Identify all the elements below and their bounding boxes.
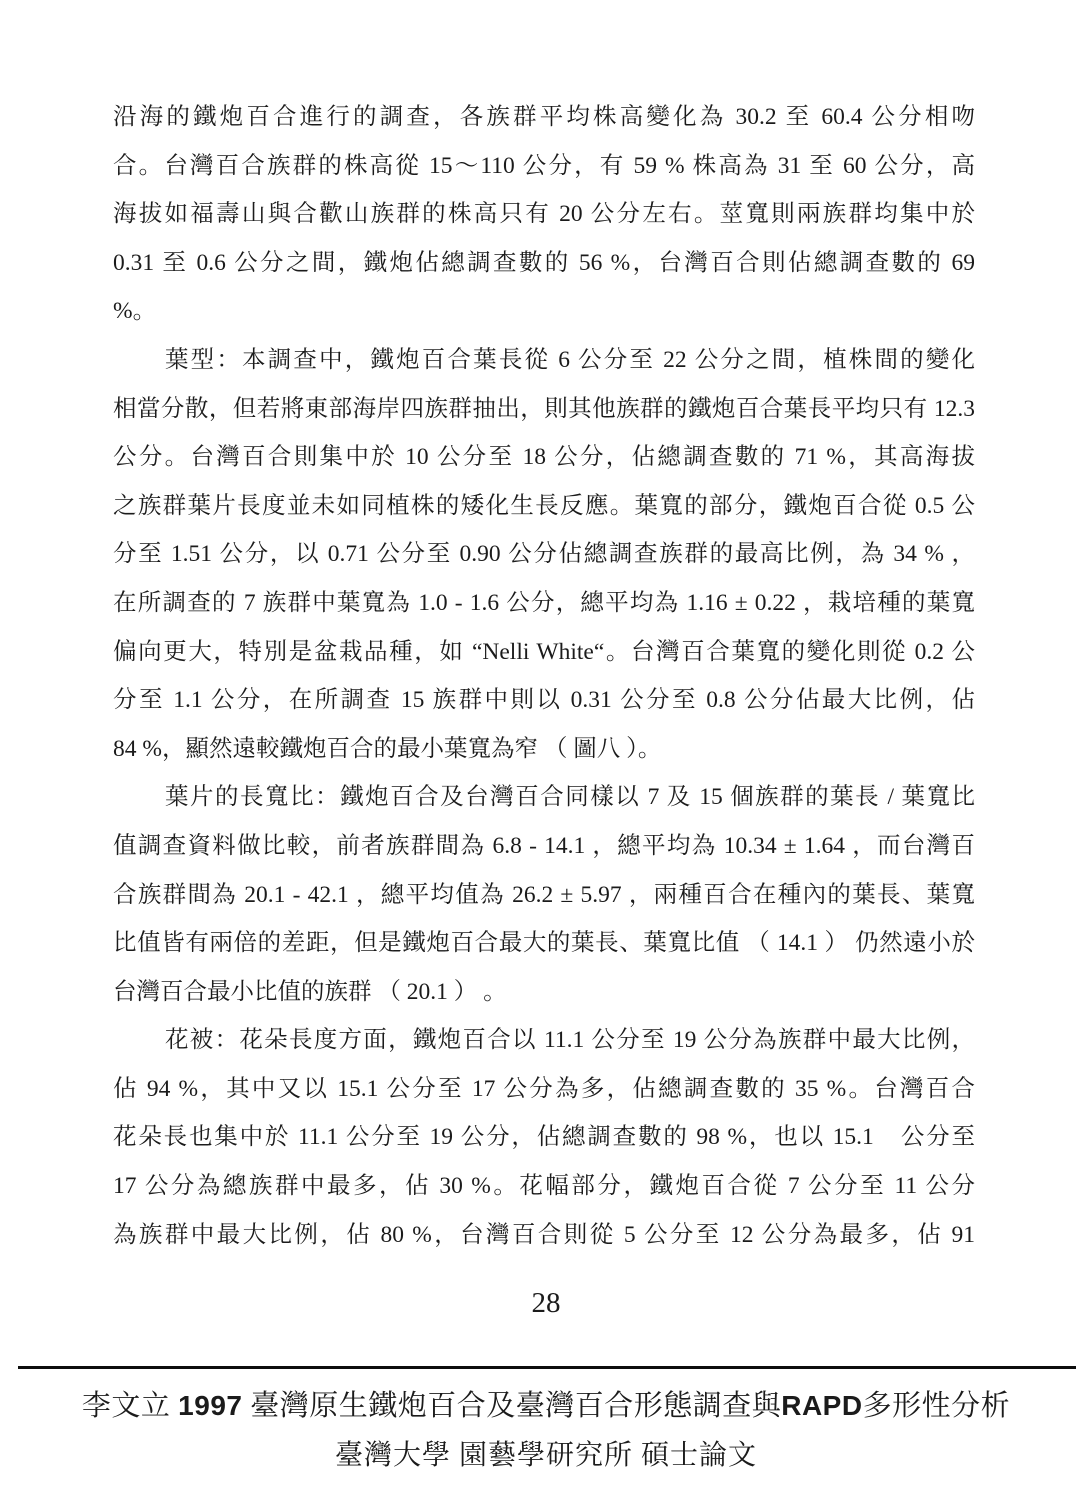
text-line: 葉片的長寬比：鐵炮百合及台灣百合同樣以 7 及 15 個族群的葉長 / 葉寬比	[113, 773, 975, 822]
citation-part: RAPD	[781, 1390, 862, 1421]
footer-divider	[18, 1366, 1076, 1369]
text-line: 花被：花朵長度方面，鐵炮百合以 11.1 公分至 19 公分為族群中最大比例，	[113, 1016, 975, 1065]
thesis-scanned-page: 沿海的鐵炮百合進行的調查，各族群平均株高變化為 30.2 至 60.4 公分相吻…	[0, 0, 1092, 1500]
text-line: 葉型：本調查中，鐵炮百合葉長從 6 公分至 22 公分之間，植株間的變化	[113, 336, 975, 385]
text-line: 海拔如福壽山與合歡山族群的株高只有 20 公分左右。莖寬則兩族群均集中於	[113, 190, 975, 239]
text-line: 佔 94 %，其中又以 15.1 公分至 17 公分為多，佔總調查數的 35 %…	[113, 1065, 975, 1114]
citation-part: 1997	[178, 1390, 242, 1421]
text-line: 沿海的鐵炮百合進行的調查，各族群平均株高變化為 30.2 至 60.4 公分相吻	[113, 93, 975, 142]
page-number: 28	[0, 1286, 1092, 1320]
text-line: 值調查資料做比較，前者族群間為 6.8 - 14.1 ，總平均為 10.34 ±…	[113, 822, 975, 871]
body-text: 沿海的鐵炮百合進行的調查，各族群平均株高變化為 30.2 至 60.4 公分相吻…	[113, 93, 975, 1259]
text-line: 0.31 至 0.6 公分之間，鐵炮佔總調查數的 56 %，台灣百合則佔總調查數…	[113, 239, 975, 288]
citation-part: 多形性分析	[863, 1390, 1011, 1422]
text-line: 偏向更大，特別是盆栽品種，如 “Nelli White“。台灣百合葉寬的變化則從…	[113, 628, 975, 677]
text-line: 分至 1.1 公分，在所調查 15 族群中則以 0.31 公分至 0.8 公分佔…	[113, 676, 975, 725]
text-line: 之族群葉片長度並未如同植株的矮化生長反應。葉寬的部分，鐵炮百合從 0.5 公	[113, 482, 975, 531]
citation-part: 臺灣原生鐵炮百合及臺灣百合形態調查與	[242, 1390, 781, 1422]
text-line: 比值皆有兩倍的差距，但是鐵炮百合最大的葉長、葉寬比值 （ 14.1 ） 仍然遠小…	[113, 919, 975, 968]
text-line: 為族群中最大比例，佔 80 %，台灣百合則從 5 公分至 12 公分為最多，佔 …	[113, 1211, 975, 1260]
text-line: 分至 1.51 公分，以 0.71 公分至 0.90 公分佔總調查族群的最高比例…	[113, 530, 975, 579]
text-line: 合族群間為 20.1 - 42.1 ，總平均值為 26.2 ± 5.97 ，兩種…	[113, 871, 975, 920]
text-line: 相當分散，但若將東部海岸四族群抽出，則其他族群的鐵炮百合葉長平均只有 12.3	[113, 385, 975, 434]
text-line: 84 %，顯然遠較鐵炮百合的最小葉寬為窄 （ 圖八 ）。	[113, 725, 975, 774]
text-line: 台灣百合最小比值的族群 （ 20.1 ） 。	[113, 968, 975, 1017]
text-line: 合。台灣百合族群的株高從 15～110 公分，有 59 % 株高為 31 至 6…	[113, 142, 975, 191]
text-line: 17 公分為總族群中最多，佔 30 %。花幅部分，鐵炮百合從 7 公分至 11 …	[113, 1162, 975, 1211]
footer-affiliation: 臺灣大學 園藝學研究所 碩士論文	[0, 1438, 1092, 1474]
footer-citation: 李文立 1997 臺灣原生鐵炮百合及臺灣百合形態調查與RAPD多形性分析	[0, 1388, 1092, 1424]
citation-part: 李文立	[82, 1390, 178, 1422]
text-line: %。	[113, 287, 975, 336]
text-line: 在所調查的 7 族群中葉寬為 1.0 - 1.6 公分，總平均為 1.16 ± …	[113, 579, 975, 628]
text-line: 花朵長也集中於 11.1 公分至 19 公分，佔總調查數的 98 %，也以 15…	[113, 1113, 975, 1162]
text-line: 公分。台灣百合則集中於 10 公分至 18 公分，佔總調查數的 71 %，其高海…	[113, 433, 975, 482]
